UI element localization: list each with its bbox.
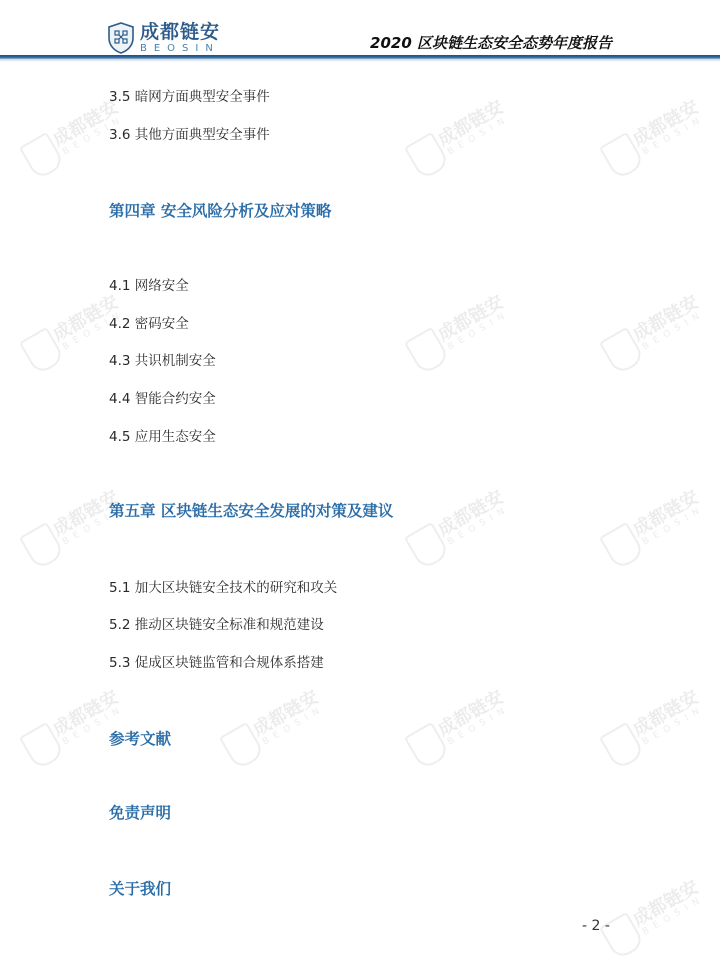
logo-chinese-name: 成都链安 (140, 23, 220, 42)
toc-item-4-4[interactable]: 4.4 智能合约安全 (109, 387, 216, 407)
toc-item-4-1[interactable]: 4.1 网络安全 (109, 274, 189, 294)
toc-disclaimer[interactable]: 免责声明 (109, 801, 171, 823)
toc-chapter-5[interactable]: 第五章 区块链生态安全发展的对策及建议 (109, 499, 393, 521)
watermark: 成都链安BEOSIN (400, 676, 520, 774)
report-title: 2020 区块链生态安全态势年度报告 (370, 32, 612, 53)
toc-item-5-2[interactable]: 5.2 推动区块链安全标准和规范建设 (109, 613, 324, 633)
watermark: 成都链安BEOSIN (595, 86, 715, 184)
watermark: 成都链安BEOSIN (595, 866, 715, 958)
toc-item-4-3[interactable]: 4.3 共识机制安全 (109, 349, 216, 369)
watermark: 成都链安BEOSIN (595, 676, 715, 774)
watermark: 成都链安BEOSIN (215, 676, 335, 774)
toc-item-4-5[interactable]: 4.5 应用生态安全 (109, 425, 216, 445)
toc-item-3-5[interactable]: 3.5 暗网方面典型安全事件 (109, 85, 270, 105)
beosin-logo: 成都链安 BEOSIN (108, 18, 220, 58)
toc-references[interactable]: 参考文献 (109, 727, 171, 749)
toc-item-3-6[interactable]: 3.6 其他方面典型安全事件 (109, 123, 270, 143)
page-number: - 2 - (582, 918, 610, 934)
watermark: 成都链安BEOSIN (400, 86, 520, 184)
header-divider-shadow (0, 59, 720, 62)
logo-english-name: BEOSIN (140, 44, 220, 54)
toc-chapter-4[interactable]: 第四章 安全风险分析及应对策略 (109, 199, 331, 221)
shield-logo-icon (108, 22, 134, 54)
page-header: 成都链安 BEOSIN 2020 区块链生态安全态势年度报告 (0, 0, 720, 62)
toc-item-5-1[interactable]: 5.1 加大区块链安全技术的研究和攻关 (109, 576, 337, 596)
watermark: 成都链安BEOSIN (400, 281, 520, 379)
watermark: 成都链安BEOSIN (595, 476, 715, 574)
toc-about-us[interactable]: 关于我们 (109, 877, 171, 899)
watermark: 成都链安BEOSIN (400, 476, 520, 574)
watermark: 成都链安BEOSIN (15, 676, 135, 774)
watermark: 成都链安BEOSIN (15, 476, 135, 574)
toc-item-4-2[interactable]: 4.2 密码安全 (109, 312, 189, 332)
watermark: 成都链安BEOSIN (595, 281, 715, 379)
toc-item-5-3[interactable]: 5.3 促成区块链监管和合规体系搭建 (109, 651, 324, 671)
